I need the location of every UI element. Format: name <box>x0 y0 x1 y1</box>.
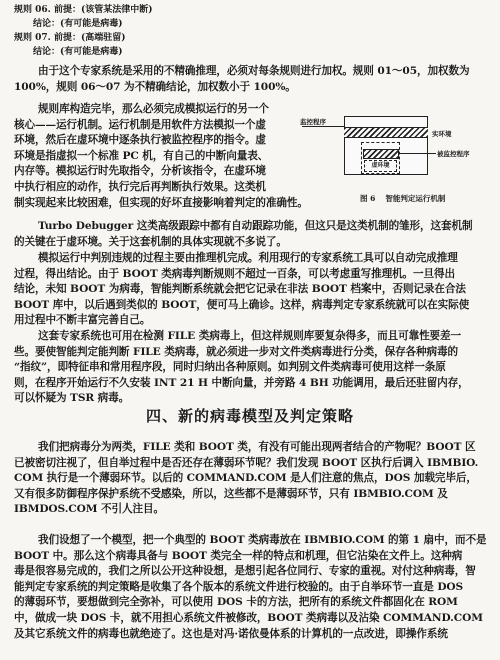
text-line: 及其它系统文件的病毒也就绝迹了。这也是对冯·诺依曼体系的计算机的一点改进，即操作… <box>14 627 486 643</box>
text-line: 的关键在于虚环境。关于这套机制的具体实现就不多说了。 <box>14 235 486 251</box>
text-line: 中执行相应的动作，执行完后再判断执行效果。这类机 <box>14 180 304 196</box>
text-line: 100%，规则 06～07 为不精确结论，加权数小于 100%。 <box>14 80 486 96</box>
arrow-icon <box>302 126 344 127</box>
rule-label: 规则 07. <box>14 33 51 43</box>
text-line: IBMDOS.COM 不引人注目。 <box>14 502 486 518</box>
text-line: 内存等。模拟运行时先取指令，分析该指令，在虚环境 <box>14 164 304 180</box>
paragraph-file-virus: 这套专家系统也可用在检测 FILE 类病毒上，但这样规则库要复杂得多，而且可靠性… <box>14 329 486 407</box>
monitor-program-bar <box>344 127 428 138</box>
monitor-program-label: 监控程序 <box>300 117 326 126</box>
figure-number: 图 6 <box>360 194 375 203</box>
section-heading: 四、新的病毒模型及判定策略 <box>0 405 500 426</box>
text-line: 这套专家系统也可用在检测 FILE 类病毒上，但这样规则库要复杂得多，而且可靠性… <box>14 329 486 345</box>
text-line: BOOT 库中，以后遇到类似的 BOOT，便可马上确诊。这样，病毒判定专家系统就… <box>14 298 486 314</box>
rule-07-premise: 规则 07. 前提：(高端驻留) <box>14 32 125 44</box>
text-line: 毒是很容易完成的，我们之所以公开这种设想，是想引起各位同行、专家的重视。对付这种… <box>14 564 486 580</box>
paragraph-turbo-debugger: Turbo Debugger 这类高级跟踪中都有自动跟踪功能，但这只是这类机制的… <box>14 219 486 250</box>
virtual-environment-label: 虚环境 <box>364 160 397 172</box>
rule-premise: 前提：(高端驻留) <box>54 33 126 43</box>
text-line: 规则库构造完毕，那么必须完成模拟运行的另一个 <box>14 102 304 118</box>
text-line: 模拟运行中判别违规的过程主要由推理机完成。利用现行的专家系统工具可以自动完成推理 <box>14 251 486 267</box>
text-line: Turbo Debugger 这类高级跟踪中都有自动跟踪功能，但这只是这类机制的… <box>14 219 486 235</box>
text-line: 环境是指虚拟一个标准 PC 机，有自己的中断向量表、 <box>14 149 304 165</box>
paragraph-virus-classes: 我们把病毒分为两类，FILE 类和 BOOT 类，有没有可能出现两者结合的产物呢… <box>14 440 486 518</box>
rule-conclusion-label: 结论： <box>33 47 60 57</box>
rule-conclusion-label: 结论： <box>33 19 60 29</box>
paragraph-weighting: 由于这个专家系统是采用的不精确推理，必须对每条规则进行加权。规则 01～05，加… <box>14 64 486 95</box>
text-line: 过程，得出结论。由于 BOOT 类病毒判断规则不超过一百条，可以考虑重写推理机。… <box>14 267 486 283</box>
text-line: 结论，未知 BOOT 为病毒，智能判断系统就会把它记录在非法 BOOT 档案中，… <box>14 282 486 298</box>
text-line: 的薄弱环节，要想做到完全弥补，可以使用 DOS 卡的方法，把所有的系统文件都固化… <box>14 595 486 611</box>
arrow-icon <box>398 153 436 154</box>
paragraph-new-model: 我们设想了一个模型，把一个典型的 BOOT 类病毒放在 IBMBIO.COM 的… <box>14 533 486 642</box>
rule-premise: 前提：(该管某法律中断) <box>54 5 153 15</box>
paragraph-inference-engine: 模拟运行中判别违规的过程主要由推理机完成。利用现行的专家系统工具可以自动完成推理… <box>14 251 486 329</box>
rule-conclusion: (有可能是病毒) <box>60 47 123 57</box>
rule-06-premise: 规则 06. 前提：(该管某法律中断) <box>14 4 152 16</box>
text-line: 核心——运行机制。运行机制是用软件方法模拟一个虚 <box>14 118 304 134</box>
text-line: 些。要使智能判定能判断 FILE 类病毒，就必须进一步对文件类病毒进行分类，保存… <box>14 345 486 361</box>
real-environment-label: 实环境 <box>432 129 452 138</box>
text-line: 又有很多防御程序保护系统不受感染，所以，这些都不是薄弱环节，只有 IBMBIO.… <box>14 487 486 503</box>
rule-conclusion: (有可能是病毒) <box>60 19 123 29</box>
text-line: 中，做成一块 DOS 卡，就不用担心系统文件被修改，BOOT 类病毒以及沾染 C… <box>14 611 486 627</box>
figure-caption-text: 智能判定运行机制 <box>385 194 445 203</box>
rule-07-conclusion: 结论：(有可能是病毒) <box>33 46 123 58</box>
text-line: 用过程中不断丰富完善自己。 <box>14 313 486 329</box>
text-line: 由于这个专家系统是采用的不精确推理，必须对每条规则进行加权。规则 01～05，加… <box>14 64 486 80</box>
text-line: “指纹”，即特征串和常用程序段，同时归纳出各种原则。如判别文件类病毒可使用这样一… <box>14 360 486 376</box>
monitored-program-label: 被监控程序 <box>437 149 470 158</box>
figure-6-diagram: 虚环境 监控程序 实环境 被监控程序 图 6智能判定运行机制 <box>300 105 500 205</box>
monitored-program-bar <box>363 149 399 159</box>
text-line: COM 执行是一个薄弱环节。以后的 COMMAND.COM 是人们注意的焦点，D… <box>14 471 486 487</box>
text-line: 能判定专家系统的判定策略是收集了各个版本的系统文件进行校验的。由于自举环节一直是… <box>14 580 486 596</box>
text-line: 已被密切注视了，但自举过程中是否还存在薄弱环节呢？我们发现 BOOT 区执行后调… <box>14 456 486 472</box>
text-line: 则，在程序开始运行不久安装 INT 21 H 中断向量，并旁路 4 BH 功能调… <box>14 376 486 392</box>
text-line: 我们把病毒分为两类，FILE 类和 BOOT 类，有没有可能出现两者结合的产物呢… <box>14 440 486 456</box>
figure-caption: 图 6智能判定运行机制 <box>360 193 445 204</box>
paragraph-run-mechanism: 规则库构造完毕，那么必须完成模拟运行的另一个 核心——运行机制。运行机制是用软件… <box>14 102 304 211</box>
rule-label: 规则 06. <box>14 5 51 15</box>
document-page: 规则 06. 前提：(该管某法律中断) 结论：(有可能是病毒) 规则 07. 前… <box>0 0 500 660</box>
text-line: 环境，然后在虚环境中逐条执行被监控程序的指令。虚 <box>14 133 304 149</box>
text-line: 我们设想了一个模型，把一个典型的 BOOT 类病毒放在 IBMBIO.COM 的… <box>14 533 486 549</box>
rule-06-conclusion: 结论：(有可能是病毒) <box>33 18 123 30</box>
text-line: BOOT 中。那么这个病毒具备与 BOOT 类完全一样的特点和机理，但它沾染在文… <box>14 549 486 565</box>
